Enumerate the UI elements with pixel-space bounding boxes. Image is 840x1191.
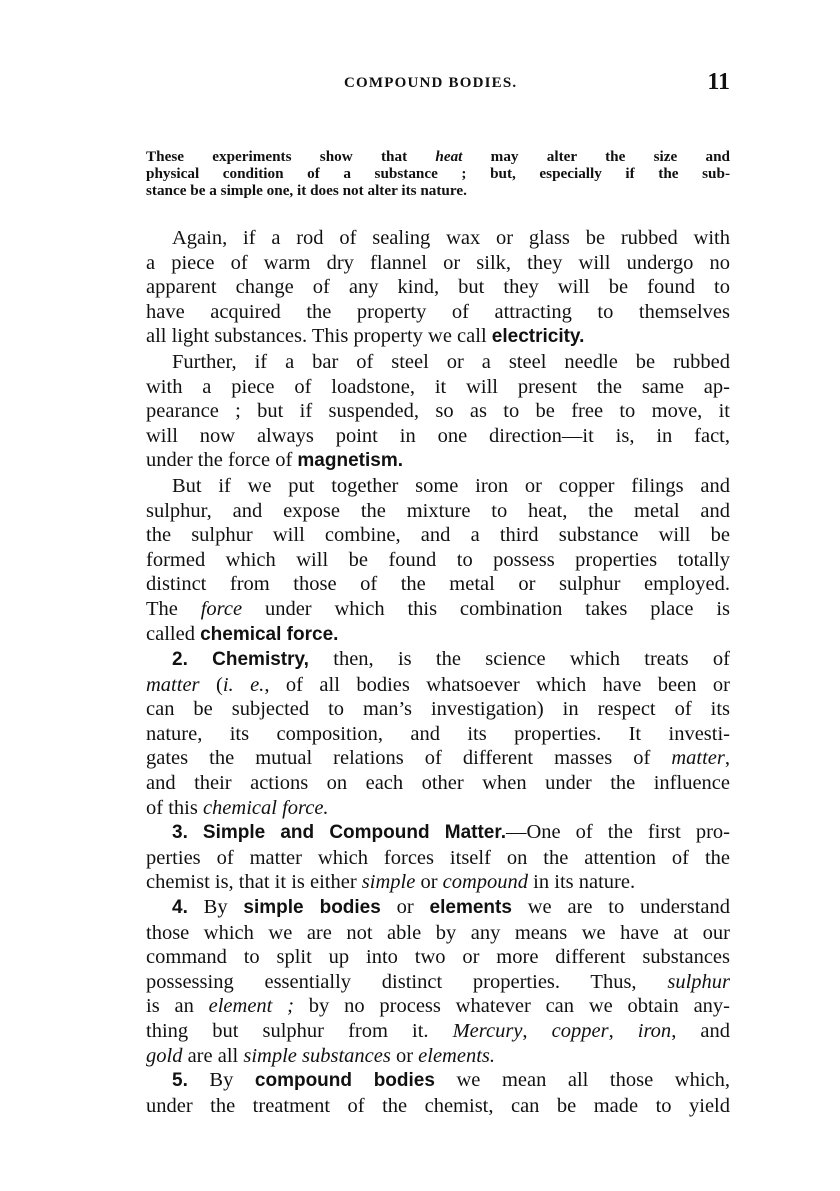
key-term: Simple and Compound Matter. — [203, 822, 506, 843]
running-title: COMPOUND BODIES. — [344, 75, 517, 92]
paragraph-magnetism: Further, if a bar of steel or a steel ne… — [146, 350, 730, 474]
page-number: 11 — [707, 69, 730, 96]
page-header: COMPOUND BODIES. 11 — [146, 75, 730, 99]
section-2-chemistry: 2. Chemistry, then, is the science which… — [146, 647, 730, 820]
key-term: chemical force. — [200, 624, 338, 645]
paragraph-chemical-force: But if we put together some iron or copp… — [146, 474, 730, 647]
note-line: stance be a simple one, it does not alte… — [146, 182, 730, 199]
key-term: compound bodies — [255, 1070, 435, 1091]
small-print-note: These experiments show that heat may alt… — [146, 148, 730, 199]
section-3-simple-compound: 3. Simple and Compound Matter.—One of th… — [146, 820, 730, 895]
emphasis: force — [201, 598, 242, 620]
emphasis: heat — [435, 148, 462, 165]
key-term: magnetism. — [297, 450, 403, 471]
section-number: 2. — [172, 649, 188, 670]
key-term: electricity. — [492, 326, 585, 347]
note-line: physical condition of a substance ; but,… — [146, 165, 730, 182]
section-4-elements: 4. By simple bodies or elements we are t… — [146, 895, 730, 1068]
section-5-compound-bodies: 5. By compound bodies we mean all those … — [146, 1068, 730, 1118]
key-term: simple bodies — [243, 897, 380, 918]
note-line: These experiments show that heat may alt… — [146, 148, 730, 165]
section-number: 5. — [172, 1070, 188, 1091]
paragraph-electricity: Again, if a rod of sealing wax or glass … — [146, 226, 730, 350]
key-term: elements — [430, 897, 512, 918]
section-number: 3. — [172, 822, 188, 843]
key-term: Chemistry, — [212, 649, 309, 670]
section-number: 4. — [172, 897, 188, 918]
body-text: Again, if a rod of sealing wax or glass … — [146, 226, 730, 1118]
